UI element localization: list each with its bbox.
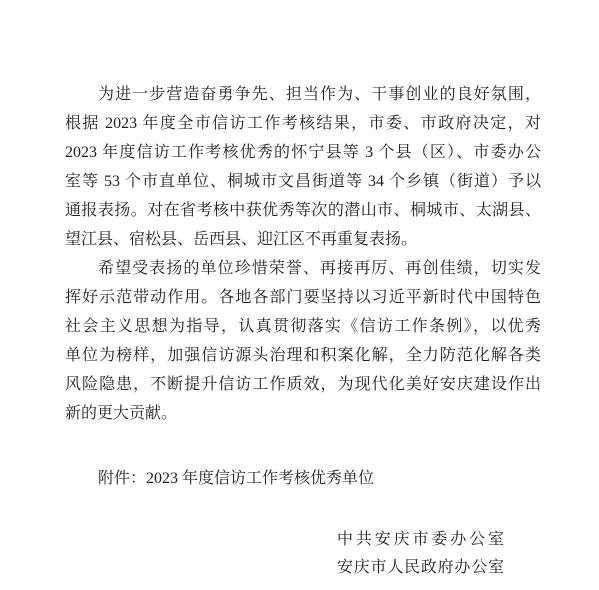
body-line: 希望受表扬的单位珍惜荣誉、再接再厉、再创佳绩，切实发 [65,254,541,283]
body-line: 望江县、宿松县、岳西县、迎江区不再重复表扬。 [65,225,541,254]
document-page: 为进一步营造奋勇争先、担当作为、干事创业的良好氛围， 根据 2023 年度全市信… [0,0,599,590]
signature-line: 中共安庆市委办公室 [337,526,504,554]
signature-block: 中共安庆市委办公室 安庆市人民政府办公室 [337,526,504,582]
notice-body: 为进一步营造奋勇争先、担当作为、干事创业的良好氛围， 根据 2023 年度全市信… [65,80,541,428]
body-line: 通报表扬。对在省考核中获优秀等次的潜山市、桐城市、太湖县、 [65,196,541,225]
body-line: 根据 2023 年度全市信访工作考核结果，市委、市政府决定，对 [65,109,541,138]
signature-line: 安庆市人民政府办公室 [337,554,504,582]
attachment-line: 附件：2023 年度信访工作考核优秀单位 [65,464,541,493]
body-line: 2023 年度信访工作考核优秀的怀宁县等 3 个县（区）、市委办公 [65,138,541,167]
body-line: 单位为榜样，加强信访源头治理和积案化解，全力防范化解各类 [65,341,541,370]
body-line: 为进一步营造奋勇争先、担当作为、干事创业的良好氛围， [65,80,541,109]
body-line: 室等 53 个市直单位、桐城市文昌街道等 34 个乡镇（街道）予以 [65,167,541,196]
body-line: 新的更大贡献。 [65,399,541,428]
body-line: 风险隐患，不断提升信访工作质效，为现代化美好安庆建设作出 [65,370,541,399]
body-line: 社会主义思想为指导，认真贯彻落实《信访工作条例》，以优秀 [65,312,541,341]
body-line: 挥好示范带动作用。各地各部门要坚持以习近平新时代中国特色 [65,283,541,312]
